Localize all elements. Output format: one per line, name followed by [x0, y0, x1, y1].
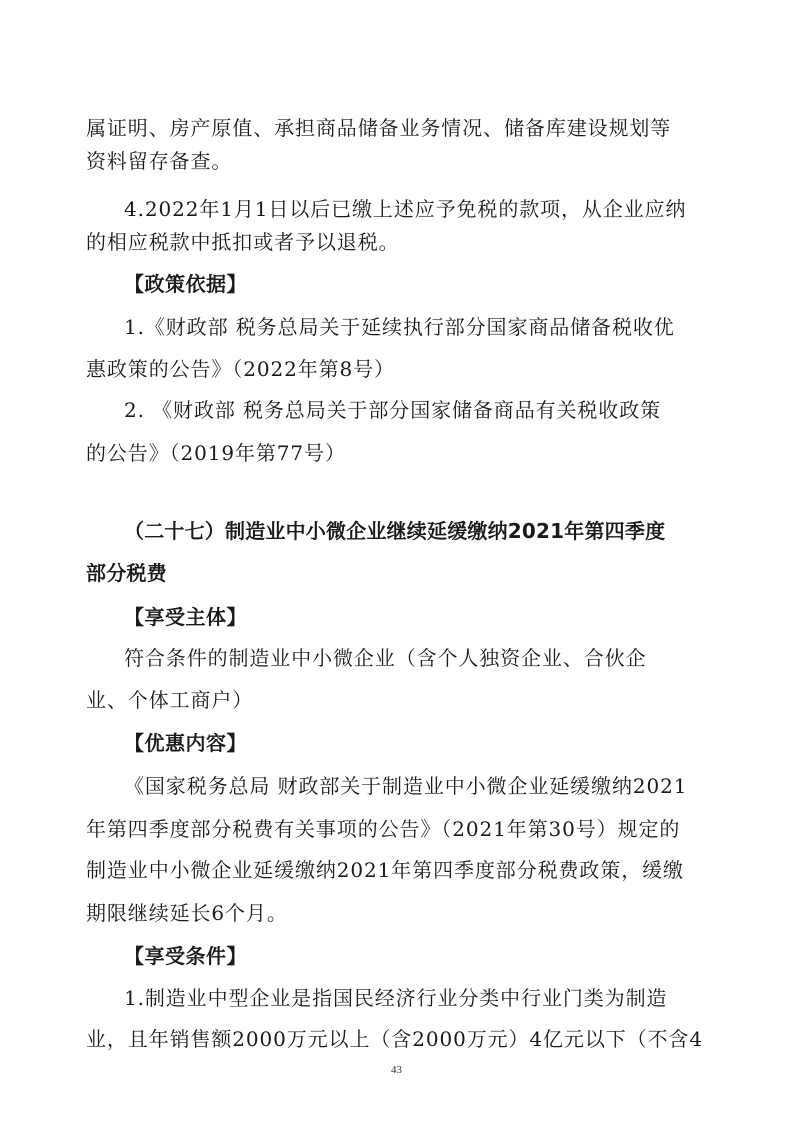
paragraph-line: 《国家税务总局 财政部关于制造业中小微企业延缓缴纳2021 — [124, 772, 748, 800]
paragraph-line: 1.制造业中型企业是指国民经济行业分类中行业门类为制造 — [124, 984, 748, 1012]
paragraph-line: 资料留存备查。 — [86, 147, 710, 175]
policy-item-2-cont: 的公告》（2019年第77号） — [86, 439, 710, 467]
paragraph-line: 的相应税款中抵扣或者予以退税。 — [86, 228, 710, 256]
paragraph-line: 期限继续延长6个月。 — [86, 899, 710, 927]
paragraph-line: 属证明、房产原值、承担商品储备业务情况、储备库建设规划等 — [86, 114, 710, 142]
policy-item-1: 1.《财政部 税务总局关于延续执行部分国家商品储备税收优 — [124, 313, 748, 341]
paragraph-line: 制造业中小微企业延缓缴纳2021年第四季度部分税费政策，缓缴 — [86, 856, 710, 884]
paragraph-line: 4.2022年1月1日以后已缴上述应予免税的款项，从企业应纳 — [124, 195, 748, 223]
paragraph-line: 业、个体工商户） — [86, 686, 710, 714]
policy-item-1-cont: 惠政策的公告》（2022年第8号） — [86, 355, 710, 383]
paragraph-line: 业，且年销售额2000万元以上（含2000万元）4亿元以下（不含4 — [86, 1025, 710, 1053]
section-heading-policy-basis: 【政策依据】 — [124, 270, 748, 298]
section-heading-conditions: 【享受条件】 — [124, 942, 748, 970]
section-heading-beneficiary: 【享受主体】 — [124, 603, 748, 631]
section-title: （二十七）制造业中小微企业继续延缓缴纳2021年第四季度 — [124, 517, 748, 545]
paragraph-line: 符合条件的制造业中小微企业（含个人独资企业、合伙企 — [124, 644, 748, 672]
section-heading-content: 【优惠内容】 — [124, 729, 748, 757]
policy-item-2: 2. 《财政部 税务总局关于部分国家储备商品有关税收政策 — [124, 396, 748, 424]
section-title-cont: 部分税费 — [86, 559, 710, 587]
page-number: 43 — [0, 1064, 793, 1076]
paragraph-line: 年第四季度部分税费有关事项的公告》（2021年第30号）规定的 — [86, 815, 710, 843]
